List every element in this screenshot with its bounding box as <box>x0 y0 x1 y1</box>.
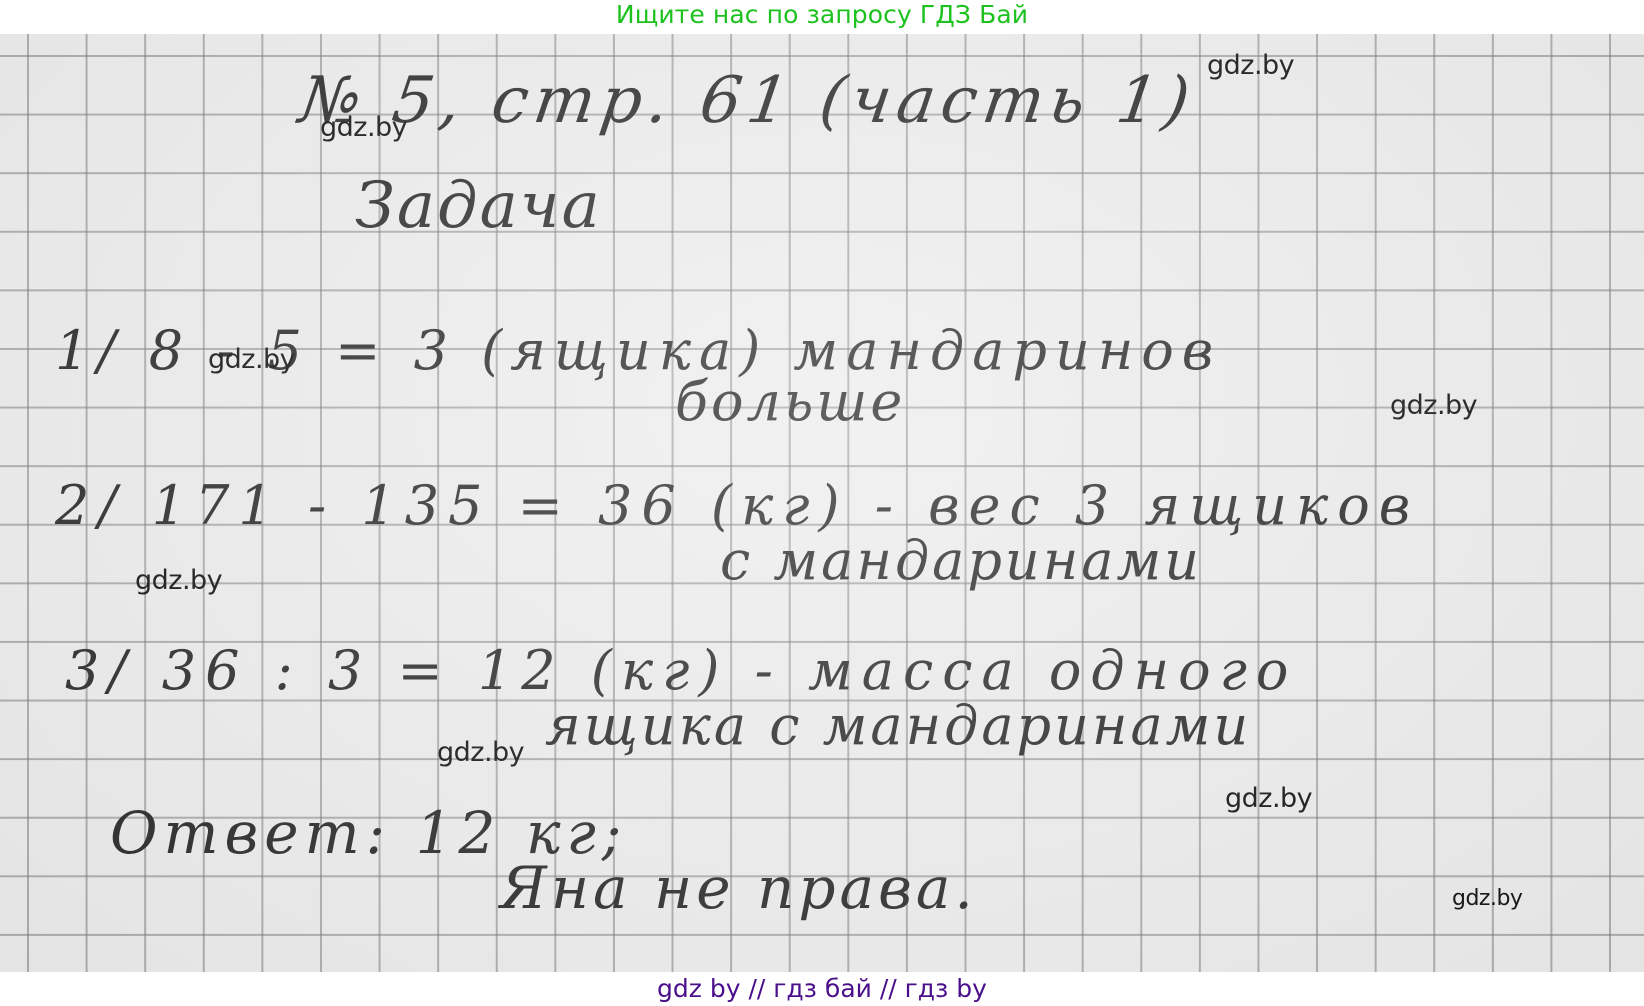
watermark: gdz.by <box>320 112 407 143</box>
notebook-page: № 5, стр. 61 (часть 1) Задача 1/ 8 - 5 =… <box>0 34 1644 972</box>
task-heading: Задача <box>355 169 602 243</box>
exercise-title: № 5, стр. 61 (часть 1) <box>295 64 1200 138</box>
watermark: gdz.by <box>208 344 295 375</box>
step-3-line-1: 3/ 36 : 3 = 12 (кг) - масса одного <box>65 639 1297 702</box>
step-2-line-2: с мандаринами <box>720 529 1202 592</box>
answer-line-2: Яна не права. <box>500 854 977 922</box>
step-1-line-2: больше <box>675 370 905 433</box>
watermark: gdz.by <box>1225 783 1312 814</box>
watermark: gdz.by <box>135 565 222 596</box>
watermark: gdz.by <box>437 737 524 768</box>
watermark: gdz.by <box>1207 50 1294 81</box>
watermark: gdz.by <box>1452 886 1522 911</box>
site-footer-banner: gdz by // гдз бай // гдз by <box>0 972 1644 1006</box>
watermark: gdz.by <box>1390 390 1477 421</box>
step-2-line-1: 2/ 171 - 135 = 36 (кг) - вес 3 ящиков <box>55 474 1419 537</box>
step-3-line-2: ящика с мандаринами <box>545 694 1251 757</box>
search-hint-banner: Ищите нас по запросу ГДЗ Бай <box>0 0 1644 34</box>
